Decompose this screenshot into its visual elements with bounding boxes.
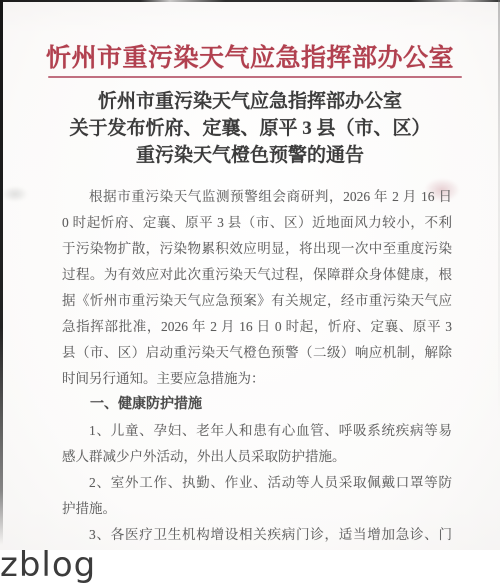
- letterhead-divider: [48, 76, 462, 78]
- body-line: 县（市、区）启动重污染天气橙色预警（二级）响应机制，解除: [62, 340, 452, 366]
- body-line: 感人群减少户外活动，外出人员采取防护措施。: [62, 444, 452, 470]
- body-line: 于污染物扩散，污染物累积效应明显，将出现一次中至重度污染: [62, 236, 452, 262]
- document-body: 根据市重污染天气监测预警组会商研判，2026 年 2 月 16 日 0 时起忻府…: [62, 184, 452, 548]
- photo-edge-left: [0, 0, 3, 545]
- body-line: 时间另行通知。主要应急措施为：: [62, 366, 452, 392]
- scanned-paper: 忻州市重污染天气应急指挥部办公室 忻州市重污染天气应急指挥部办公室 关于发布忻府…: [0, 0, 500, 550]
- body-line: 急指挥部批准，2026 年 2 月 16 日 0 时起，忻府、定襄、原平 3: [62, 314, 452, 340]
- watermark-text: zblog: [0, 547, 96, 583]
- document-title-line: 关于发布忻府、定襄、原平 3 县（市、区）: [0, 115, 500, 142]
- document-title-line: 忻州市重污染天气应急指挥部办公室: [0, 88, 500, 115]
- body-line: 护措施。: [62, 496, 452, 522]
- document-title-line: 重污染天气橙色预警的通告: [0, 142, 500, 169]
- body-line: 0 时起忻府、定襄、原平 3 县（市、区）近地面风力较小，不利: [62, 210, 452, 236]
- body-line: 据《忻州市重污染天气应急预案》有关规定，经市重污染天气应: [62, 288, 452, 314]
- photo-edge-top: [0, 0, 500, 2]
- document-title: 忻州市重污染天气应急指挥部办公室 关于发布忻府、定襄、原平 3 县（市、区） 重…: [0, 88, 500, 169]
- letterhead-title: 忻州市重污染天气应急指挥部办公室: [0, 38, 500, 74]
- body-line: 过程。为有效应对此次重污染天气过程，保障群众身体健康，根: [62, 262, 452, 288]
- paper-smudge: [2, 186, 28, 202]
- body-line: 1、儿童、孕妇、老年人和患有心血管、呼吸系统疾病等易: [62, 418, 452, 444]
- body-line: 根据市重污染天气监测预警组会商研判，2026 年 2 月 16 日: [62, 184, 452, 210]
- section-heading: 一、健康防护措施: [62, 392, 452, 418]
- body-line: 3、各医疗卫生机构增设相关疾病门诊，适当增加急诊、门: [62, 522, 452, 548]
- document-page: 忻州市重污染天气应急指挥部办公室 忻州市重污染天气应急指挥部办公室 关于发布忻府…: [0, 0, 500, 583]
- body-line: 2、室外工作、执勤、作业、活动等人员采取佩戴口罩等防: [62, 470, 452, 496]
